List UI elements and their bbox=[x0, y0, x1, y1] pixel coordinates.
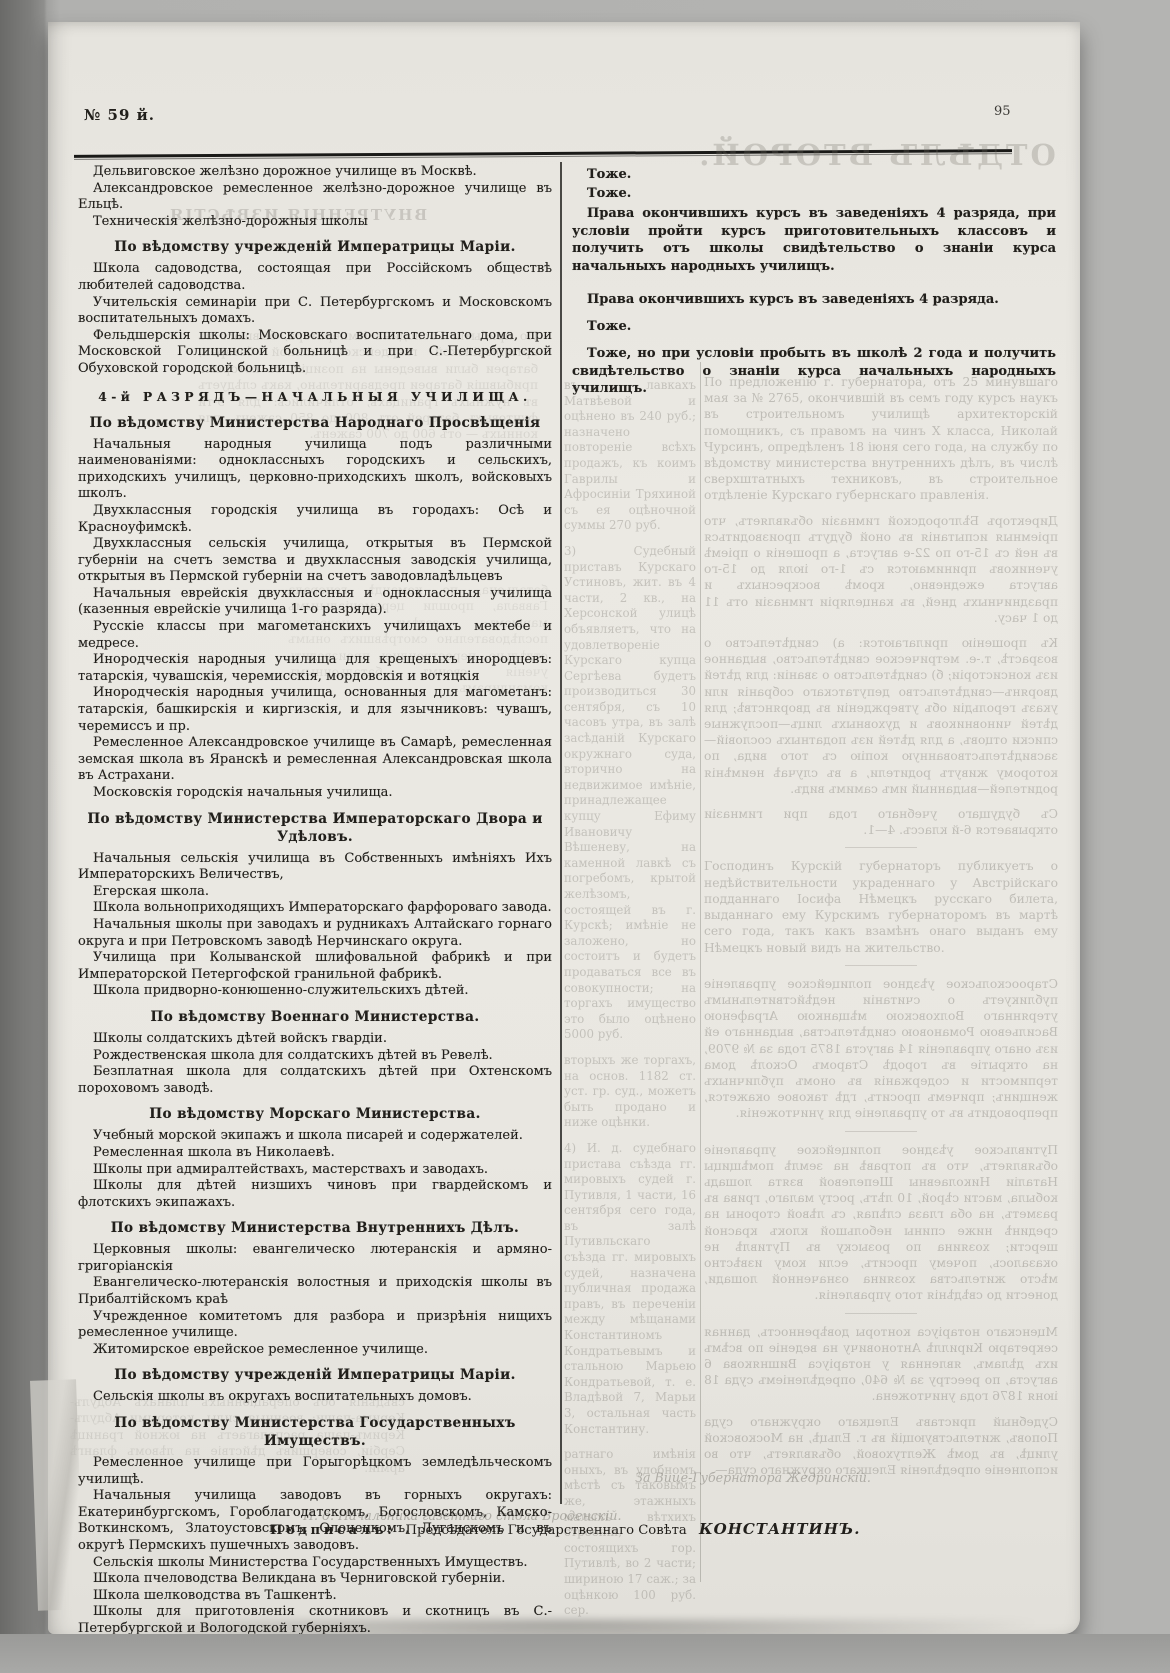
signature-title: Предсѣдатель Государственнаго Совѣта bbox=[406, 1523, 687, 1538]
school-entry: Сельскія школы въ округахъ воспитательны… bbox=[78, 1389, 552, 1406]
school-entry: Начальныя сельскія училища въ Собственны… bbox=[78, 851, 552, 884]
signature-name: КОНСТАНТИНЪ. bbox=[699, 1520, 860, 1538]
school-entry: Учрежденное комитетомъ для разбора и при… bbox=[78, 1309, 552, 1342]
school-entry: Начальныя школы при заводахъ и рудникахъ… bbox=[78, 917, 552, 950]
bleedthrough-paragraph: 4) И. д. судебнаго пристава съѣзда гг. м… bbox=[564, 1141, 696, 1437]
school-entry: Школа пчеловодства Великдана въ Чернигов… bbox=[78, 1571, 552, 1588]
school-entry: Техническія желѣзно-дорожныя школы bbox=[78, 214, 552, 231]
header-rule bbox=[74, 149, 1012, 158]
school-entry: Рождественская школа для солдатскихъ дѣт… bbox=[78, 1048, 552, 1065]
paper-fold bbox=[30, 1379, 84, 1610]
column-divider bbox=[560, 162, 562, 1504]
rights-entry: Тоже. bbox=[572, 318, 1056, 336]
school-entry: Дельвиговское желѣзно дорожное училище в… bbox=[78, 164, 552, 181]
newspaper-scan: { "meta": { "issue_label": "№ 59 й.", "p… bbox=[0, 0, 1170, 1673]
school-entry: Училища при Колыванской шлифовальной фаб… bbox=[78, 950, 552, 983]
school-entry: Школа вольноприходящихъ Императорскаго ф… bbox=[78, 900, 552, 917]
bleedthrough-wide-column: По предложенію г. губернатора, отъ 25 ми… bbox=[704, 374, 1058, 1487]
school-entry: Ремесленная школа въ Николаевѣ. bbox=[78, 1145, 552, 1162]
scanned-page: № 59 й. 95 ОТДѢЛЪ ВТОРОЙ. ВНУТРЕННІЯ ИЗВ… bbox=[48, 22, 1080, 1634]
school-entry: По вѣдомству Министерства Императорскаго… bbox=[78, 810, 552, 846]
school-entry: Церковныя школы: евангелическо лютеранск… bbox=[78, 1242, 552, 1275]
school-entry: Начальныя народныя училища подъ различны… bbox=[78, 437, 552, 503]
bleedthrough-paragraph: Съ будущаго учебнаго года при гимназіи о… bbox=[704, 806, 1058, 838]
school-entry: Школа придворно-конюшенно-служительскихъ… bbox=[78, 983, 552, 1000]
school-entry: Инородческія народныя училища для крещен… bbox=[78, 652, 552, 685]
school-entry: Евангелическо-лютеранскія волостныя и пр… bbox=[78, 1275, 552, 1308]
issue-number: № 59 й. bbox=[84, 106, 155, 124]
school-entry: 4-й РАЗРЯДЪ—НАЧАЛЬНЫЯ УЧИЛИЩА. bbox=[78, 388, 552, 406]
bleedthrough-paragraph: Къ прошенію прилагаются: а) свидѣтельств… bbox=[704, 635, 1058, 797]
rights-entry: Тоже, но при условіи пробыть въ школѣ 2 … bbox=[572, 345, 1056, 398]
school-entry: Начальныя еврейскія двухклассныя и однок… bbox=[78, 586, 552, 619]
bleedthrough-paragraph: Старооскольское уѣздное полицейское упра… bbox=[704, 965, 1058, 1122]
school-entry: Александровское ремесленное желѣзно-доро… bbox=[78, 181, 552, 214]
bleedthrough-column-divider bbox=[700, 362, 701, 1582]
school-entry: Ремесленное училище при Горыгорѣцкомъ зе… bbox=[78, 1455, 552, 1488]
bleedthrough-paragraph: Путивльское уѣздное полицейское управлен… bbox=[704, 1131, 1058, 1304]
rights-entry: Тоже. bbox=[572, 185, 1056, 203]
school-entry: Житомирское еврейское ремесленное училищ… bbox=[78, 1342, 552, 1359]
bleedthrough-paragraph: Мценскаго нотаріуса конторы довѣренность… bbox=[704, 1313, 1058, 1405]
bleedthrough-paragraph: 3) Судебный приставъ Курскаго Устиновъ, … bbox=[564, 544, 696, 1043]
schools-column: Дельвиговское желѣзно дорожное училище в… bbox=[78, 164, 552, 1671]
school-entry: Двухклассныя сельскія училища, открытыя … bbox=[78, 536, 552, 586]
school-entry: Двухклассныя городскія училища въ города… bbox=[78, 503, 552, 536]
scanner-background bbox=[0, 1634, 1170, 1673]
bleedthrough-paragraph: вторыхъ же торгахъ, на основ. 1182 ст. у… bbox=[564, 1053, 696, 1131]
school-entry: Школы для дѣтей низшихъ чиновъ при гвард… bbox=[78, 1178, 552, 1211]
bleedthrough-paragraph: Директоръ Бѣлгородской гимназіи объявляе… bbox=[704, 513, 1058, 626]
school-entry: По вѣдомству Министерства Народнаго Прос… bbox=[78, 414, 552, 432]
school-entry: Егерская школа. bbox=[78, 884, 552, 901]
rights-entry: Тоже. bbox=[572, 166, 1056, 184]
page-number: 95 bbox=[994, 104, 1011, 119]
school-entry: Школа садоводства, состоящая при Россійс… bbox=[78, 261, 552, 294]
bleedthrough-paragraph: въ лавкахъ Матвѣевой и оцѣнено въ 240 ру… bbox=[564, 378, 696, 534]
rights-entry: Права окончившихъ курсъ въ заведеніяхъ 4… bbox=[572, 291, 1056, 309]
bleedthrough-official-signature: За Вице-Губернатора Жедринскій. bbox=[593, 1470, 913, 1485]
school-entry: Инородческія народныя училища, основанны… bbox=[78, 685, 552, 735]
rights-column: Тоже.Тоже.Права окончившихъ курсъ въ зав… bbox=[572, 166, 1056, 398]
bleedthrough-paragraph: Судебный приставъ Елецкаго окружнаго суд… bbox=[704, 1414, 1058, 1479]
signature-label: Подписалъ: bbox=[270, 1523, 395, 1538]
signature-line: Подписалъ: Предсѣдатель Государственнаго… bbox=[270, 1520, 910, 1538]
school-entry: Учительскія семинаріи при С. Петербургск… bbox=[78, 295, 552, 328]
school-entry: Безплатная школа для солдатскихъ дѣтей п… bbox=[78, 1064, 552, 1097]
school-entry: Школа шелководства въ Ташкентѣ. bbox=[78, 1588, 552, 1605]
bleedthrough-narrow-column: въ лавкахъ Матвѣевой и оцѣнено въ 240 ру… bbox=[564, 378, 696, 1629]
school-entry: По вѣдомству Военнаго Министерства. bbox=[78, 1008, 552, 1026]
school-entry: Фельдшерскія школы: Московскаго воспитат… bbox=[78, 328, 552, 378]
school-entry: По вѣдомству Морскаго Министерства. bbox=[78, 1105, 552, 1123]
bleedthrough-paragraph: Господинъ Курскій губернаторъ публикуетъ… bbox=[704, 847, 1058, 955]
school-entry: Школы солдатскихъ дѣтей войскъ гвардіи. bbox=[78, 1031, 552, 1048]
school-entry: Сельскія школы Министерства Государствен… bbox=[78, 1555, 552, 1572]
rights-entry: Права окончившихъ курсъ въ заведеніяхъ 4… bbox=[572, 205, 1056, 275]
school-entry: По вѣдомству учрежденій Императрицы Марі… bbox=[78, 1366, 552, 1384]
school-entry: Учебный морской экипажъ и школа писарей … bbox=[78, 1128, 552, 1145]
school-entry: По вѣдомству учрежденій Императрицы Марі… bbox=[78, 238, 552, 256]
school-entry: По вѣдомству Министерства Внутреннихъ Дѣ… bbox=[78, 1219, 552, 1237]
school-entry: Ремесленное Александровское училище въ С… bbox=[78, 735, 552, 785]
school-entry: Московскія городскія начальныя училища. bbox=[78, 785, 552, 802]
school-entry: Русскіе классы при магометанскихъ училищ… bbox=[78, 619, 552, 652]
school-entry: Школы при адмиралтействахъ, мастерствахъ… bbox=[78, 1162, 552, 1179]
school-entry: По вѣдомству Министерства Государственны… bbox=[78, 1414, 552, 1450]
school-entry: Школы для приготовленія скотниковъ и ско… bbox=[78, 1604, 552, 1637]
